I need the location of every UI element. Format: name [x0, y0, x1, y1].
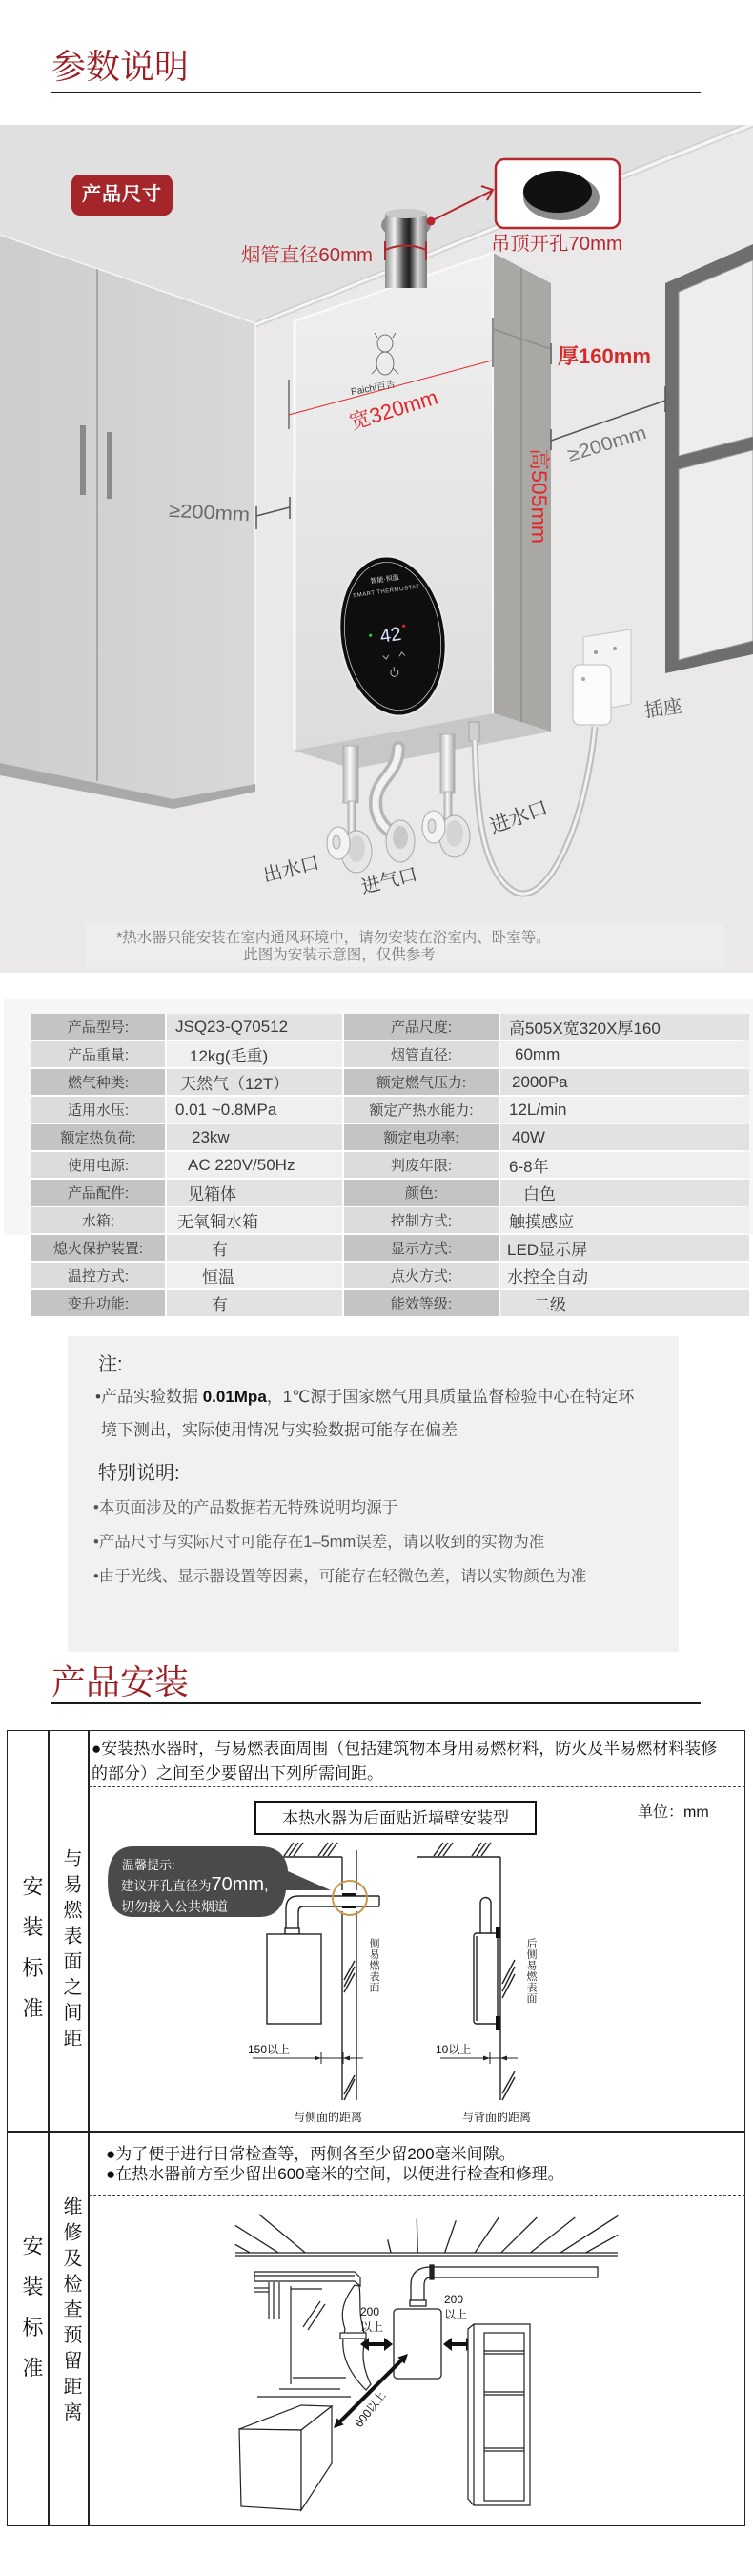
spec-label: 使用电源: — [31, 1152, 165, 1178]
params-section-title: 参数说明 — [51, 48, 189, 86]
spec-value: 见箱体 — [167, 1180, 342, 1206]
spec-value: 12L/min — [500, 1097, 749, 1123]
spec-value: 水控全自动 — [500, 1263, 749, 1288]
ceiling-hole-inset — [496, 159, 620, 228]
hole-highlight-ring — [333, 1881, 367, 1915]
spec-label: 控制方式: — [344, 1207, 499, 1233]
cabinet-handle — [80, 425, 86, 495]
spec-label: 显示方式: — [344, 1235, 499, 1261]
spec-value: 23kw — [167, 1124, 342, 1150]
install-category-label: 安装标准 — [17, 2235, 47, 2398]
test-data-note: •产品实验数据 0.01Mpa，1℃源于国家燃气用具质量监督检验中心在特定环 — [95, 1388, 634, 1407]
install-topic-label: 与易燃表面之间距 — [57, 1848, 85, 2053]
left-clearance-value: 200 — [360, 2305, 379, 2318]
spec-value: AC 220V/50Hz — [167, 1152, 342, 1178]
spec-label: 额定热负荷: — [31, 1124, 165, 1150]
diagram-title: 本热水器为后面贴近墙壁安装型 — [282, 1809, 509, 1827]
install-requirement-text: 的部分）之间至少要留出下列所需间距。 — [92, 1764, 383, 1783]
install-category-label: 安装标准 — [17, 1875, 47, 2038]
spec-label: 适用水压: — [31, 1097, 165, 1123]
spec-label: 额定燃气压力: — [344, 1069, 499, 1095]
spec-value: 6-8年 — [500, 1152, 749, 1178]
flue-diameter-label: 烟管直径60mm — [241, 244, 373, 266]
special-note-item: •本页面涉及的产品数据若无特殊说明均源于 — [93, 1498, 397, 1517]
install-requirement-text: ●在热水器前方至少留出600毫米的空间，以便进行检查和修理。 — [106, 2165, 564, 2184]
test-data-note-line2: 境下测出，实际使用情况与实验数据可能存在偏差 — [101, 1421, 458, 1440]
spec-value: 触摸感应 — [500, 1207, 749, 1233]
spec-value: 天然气（12T） — [167, 1069, 342, 1095]
special-note-item: •产品尺寸与实际尺寸可能存在1–5mm误差，请以收到的实物为准 — [93, 1533, 544, 1552]
spec-value: 有 — [167, 1235, 342, 1261]
spec-label: 产品尺度: — [344, 1014, 499, 1040]
spec-table: 产品型号: JSQ23-Q70512 产品尺度: 高505X宽320X厚160 … — [31, 1014, 743, 1316]
ceiling-drawing — [235, 2215, 619, 2256]
back-distance-label: 10以上 — [436, 2042, 471, 2056]
spec-value: 2000Pa — [500, 1069, 749, 1095]
spec-value: 60mm — [500, 1041, 749, 1067]
test-data-value: 0.01Mpa — [203, 1388, 267, 1406]
install-section-title: 产品安装 — [51, 1663, 189, 1701]
spec-value: 12kg(毛重) — [167, 1041, 342, 1067]
install-topic-label: 维修及检查预留距离 — [57, 2196, 85, 2427]
ceiling-hole-label: 吊顶开孔70mm — [491, 233, 622, 255]
maintenance-clearance-diagram: 200 以上 200 以上 600以上 — [89, 2198, 745, 2524]
left-clearance-unit: 以上 — [360, 2319, 383, 2334]
dashed-divider — [89, 1786, 745, 1787]
cabinet-drawing — [239, 2405, 332, 2510]
thickness-label: 厚160mm — [558, 344, 651, 368]
spec-value: 高505X宽320X厚160 — [500, 1014, 749, 1040]
window-drawing — [254, 2272, 371, 2397]
table-row-divider — [7, 2131, 745, 2133]
spec-label: 烟管直径: — [344, 1041, 499, 1067]
install-requirement-text: ●为了便于进行日常检查等，两侧各至少留200毫米间隙。 — [106, 2145, 516, 2164]
special-notes-title: 特别说明: — [98, 1462, 180, 1485]
shelf-drawing — [468, 2324, 530, 2505]
unit-label: 单位：mm — [638, 1803, 709, 1821]
spec-label: 判废年限: — [344, 1152, 499, 1178]
spec-label: 水箱: — [31, 1207, 165, 1233]
window-frame — [665, 244, 753, 673]
cabinet-handle — [107, 432, 112, 499]
spec-label: 额定产热水能力: — [344, 1097, 499, 1123]
spec-label: 熄火保护装置: — [31, 1235, 165, 1261]
spec-label: 产品型号: — [31, 1014, 165, 1040]
tip-line2: 切勿接入公共烟道 — [121, 1899, 228, 1914]
side-distance-label: 150以上 — [248, 2042, 290, 2056]
table-column-divider — [48, 1730, 50, 2526]
side-distance-caption: 与侧面的距离 — [294, 2111, 362, 2124]
spec-label: 产品配件: — [31, 1180, 165, 1206]
spec-label: 温控方式: — [31, 1263, 165, 1288]
installation-scene-illustration: Paichi百吉 智能·恒温 SMART THERMOSTAT 42 — [0, 125, 753, 973]
spec-label: 颜色: — [344, 1180, 499, 1206]
spec-label: 燃气种类: — [31, 1069, 165, 1095]
install-requirement-text: ●安装热水器时，与易燃表面周围（包括建筑物本身用易燃材料，防火及半易燃材料装修 — [92, 1740, 717, 1759]
spec-value: 0.01 ~0.8MPa — [167, 1097, 342, 1123]
spec-value: 无氧铜水箱 — [167, 1207, 342, 1233]
spec-value: 40W — [500, 1124, 749, 1150]
spec-label: 点火方式: — [344, 1263, 499, 1288]
spec-value: 恒温 — [167, 1263, 342, 1288]
back-surface-label: 后侧易燃表面 — [523, 1938, 539, 2004]
spec-label: 产品重量: — [31, 1041, 165, 1067]
temperature-display: 42 — [378, 624, 402, 648]
test-data-suffix: ，1℃源于国家燃气用具质量监督检验中心在特定环 — [267, 1388, 635, 1406]
notes-box — [68, 1336, 679, 1652]
install-section-divider — [51, 1702, 701, 1704]
special-note-item: •由于光线、显示器设置等因素，可能存在轻微色差，请以实物颜色为准 — [93, 1567, 586, 1586]
test-data-prefix: •产品实验数据 — [95, 1388, 203, 1406]
tip-title: 温馨提示: — [122, 1858, 175, 1872]
spec-value: JSQ23-Q70512 — [167, 1014, 342, 1040]
left-clearance-label: ≥200mm — [169, 501, 251, 526]
spec-label: 额定电功率: — [344, 1124, 499, 1150]
dashed-divider — [89, 2195, 745, 2196]
scene-note-line: *热水器只能安装在室内通风环境中，请勿安装在浴室内、卧室等。 — [0, 930, 667, 947]
right-clearance-unit: 以上 — [444, 2307, 467, 2321]
spec-value: 白色 — [500, 1180, 749, 1206]
side-surface-label: 侧易燃表面 — [366, 1938, 381, 1993]
right-clearance-value: 200 — [444, 2293, 463, 2306]
notes-title: 注: — [98, 1353, 123, 1376]
spec-label: 能效等级: — [344, 1290, 499, 1316]
spec-label: 变升功能: — [31, 1290, 165, 1316]
spec-value: 二级 — [500, 1290, 749, 1316]
spec-value: 有 — [167, 1290, 342, 1316]
height-label: 高505mm — [527, 448, 551, 544]
back-distance-caption: 与背面的距离 — [462, 2110, 531, 2124]
params-section-divider — [51, 92, 701, 93]
scene-note-line: 此图为安装示意图，仅供参考 — [6, 947, 673, 964]
flammable-surface-clearance-diagram: 本热水器为后面贴近墙壁安装型 单位：mm 温馨提示: 建议开孔直径为70mm, … — [89, 1788, 745, 2131]
spec-value: LED显示屏 — [500, 1235, 749, 1261]
product-size-badge: 产品尺寸 — [71, 175, 173, 216]
